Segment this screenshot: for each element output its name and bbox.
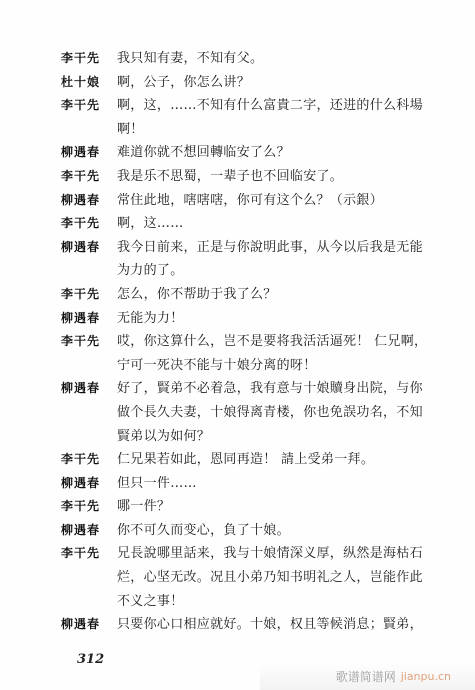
dialogue-entry: 李干先仁兄果若如此，恩同再造！ 請上受弟一拜。 [0, 448, 475, 472]
speaker-name: 杜十娘 [61, 71, 117, 95]
dialogue-text: 但只一件…… [117, 472, 475, 496]
dialogue-line: 好了，賢弟不必着急，我有意与十娘贖身出院，与你 [117, 377, 445, 401]
dialogue-line: 常住此地，嗐嗐嗐，你可有这个么？（示銀） [117, 189, 445, 213]
dialogue-text: 你不可久而变心，負了十娘。 [117, 519, 475, 543]
dialogue-line: 哎，你这算什么，岂不是要将我活活逼死！ 仁兄啊， [117, 330, 445, 354]
dialogue-text: 无能为力！ [117, 307, 475, 331]
dialogue-text: 兄長說哪里話来，我与十娘情深义厚，纵然是海枯石烂，心坚无改。况且小弟乃知书明礼之… [117, 542, 475, 613]
page-number: 312 [77, 652, 104, 667]
dialogue-entry: 柳遇春只要你心口相应就好。十娘，权且等候消息；賢弟， [0, 613, 475, 637]
dialogue-entry: 李干先怎么，你不帮助于我了么？ [0, 283, 475, 307]
speaker-name: 李干先 [61, 47, 117, 71]
dialogue-line: 为力的了。 [117, 259, 445, 283]
dialogue-text: 难道你就不想回轉临安了么？ [117, 141, 475, 165]
dialogue-entry: 李干先我只知有妻，不知有父。 [0, 47, 475, 71]
dialogue-line: 兄長說哪里話来，我与十娘情深义厚，纵然是海枯石 [117, 542, 445, 566]
dialogue-line: 啊！ [117, 118, 445, 142]
dialogue-entry: 李干先啊，这…… [0, 212, 475, 236]
dialogue-line: 难道你就不想回轉临安了么？ [117, 141, 445, 165]
dialogue-entry: 李干先兄長說哪里話来，我与十娘情深义厚，纵然是海枯石烂，心坚无改。况且小弟乃知书… [0, 542, 475, 613]
speaker-name: 柳遇春 [61, 141, 117, 165]
dialogue-line: 啊，公子，你怎么讲？ [117, 71, 445, 95]
dialogue-text: 好了，賢弟不必着急，我有意与十娘贖身出院，与你做个長久夫妻，十娘得离青楼，你也免… [117, 377, 475, 448]
speaker-name: 李干先 [61, 448, 117, 472]
dialogue-line: 怎么，你不帮助于我了么？ [117, 283, 445, 307]
dialogue-line: 只要你心口相应就好。十娘，权且等候消息；賢弟， [117, 613, 445, 637]
watermark-site-name: 歌谱简谱网 [336, 668, 396, 685]
speaker-name: 李干先 [61, 495, 117, 519]
dialogue-text: 啊，这…… [117, 212, 475, 236]
dialogue-entry: 李干先哎，你这算什么，岂不是要将我活活逼死！ 仁兄啊，宁可一死决不能与十娘分离的… [0, 330, 475, 377]
dialogue-line: 我今日前来，正是与你說明此事，从今以后我是无能 [117, 236, 445, 260]
dialogue-text: 怎么，你不帮助于我了么？ [117, 283, 475, 307]
book-page: 李干先我只知有妻，不知有父。杜十娘啊，公子，你怎么讲？李干先啊，这，……不知有什… [0, 0, 475, 690]
watermark-domain: jianpu.cn [401, 670, 451, 683]
dialogue-text: 我是乐不思蜀，一辈子也不回临安了。 [117, 165, 475, 189]
speaker-name: 李干先 [61, 330, 117, 354]
dialogue-entry: 柳遇春难道你就不想回轉临安了么？ [0, 141, 475, 165]
dialogue-entry: 柳遇春好了，賢弟不必着急，我有意与十娘贖身出院，与你做个長久夫妻，十娘得离青楼，… [0, 377, 475, 448]
speaker-name: 李干先 [61, 165, 117, 189]
dialogue-line: 仁兄果若如此，恩同再造！ 請上受弟一拜。 [117, 448, 445, 472]
dialogue-line: 不义之事！ [117, 590, 445, 614]
speaker-name: 柳遇春 [61, 519, 117, 543]
dialogue-text: 我今日前来，正是与你說明此事，从今以后我是无能为力的了。 [117, 236, 475, 283]
dialogue-text: 哪一件？ [117, 495, 475, 519]
dialogue-line: 烂，心坚无改。况且小弟乃知书明礼之人，岂能作此 [117, 566, 445, 590]
dialogue-line: 但只一件…… [117, 472, 445, 496]
speaker-name: 李干先 [61, 212, 117, 236]
dialogue-entry: 柳遇春无能为力！ [0, 307, 475, 331]
dialogue-entry: 杜十娘啊，公子，你怎么讲？ [0, 71, 475, 95]
dialogue-entry: 柳遇春我今日前来，正是与你說明此事，从今以后我是无能为力的了。 [0, 236, 475, 283]
dialogue-entry: 李干先啊，这，……不知有什么富貴二字，还进的什么科場啊！ [0, 94, 475, 141]
speaker-name: 柳遇春 [61, 472, 117, 496]
speaker-name: 李干先 [61, 283, 117, 307]
speaker-name: 柳遇春 [61, 613, 117, 637]
speaker-name: 柳遇春 [61, 307, 117, 331]
dialogue-text: 仁兄果若如此，恩同再造！ 請上受弟一拜。 [117, 448, 475, 472]
dialogue-entry: 柳遇春你不可久而变心，負了十娘。 [0, 519, 475, 543]
dialogue-line: 宁可一死决不能与十娘分离的呀！ [117, 354, 445, 378]
dialogue-text: 我只知有妻，不知有父。 [117, 47, 475, 71]
speaker-name: 柳遇春 [61, 236, 117, 260]
dialogue-entry: 柳遇春但只一件…… [0, 472, 475, 496]
dialogue-entry: 李干先哪一件？ [0, 495, 475, 519]
dialogue-line: 賢弟以为如何？ [117, 425, 445, 449]
dialogue-text: 常住此地，嗐嗐嗐，你可有这个么？（示銀） [117, 189, 475, 213]
speaker-name: 柳遇春 [61, 377, 117, 401]
dialogue-line: 哪一件？ [117, 495, 445, 519]
speaker-name: 柳遇春 [61, 189, 117, 213]
dialogue-entry: 柳遇春常住此地，嗐嗐嗐，你可有这个么？（示銀） [0, 189, 475, 213]
speaker-name: 李干先 [61, 542, 117, 566]
dialogue-line: 你不可久而变心，負了十娘。 [117, 519, 445, 543]
watermark: 歌谱简谱网 jianpu.cn [260, 663, 475, 690]
dialogue-line: 我是乐不思蜀，一辈子也不回临安了。 [117, 165, 445, 189]
dialogue-line: 啊，这，……不知有什么富貴二字，还进的什么科場 [117, 94, 445, 118]
dialogue-text: 哎，你这算什么，岂不是要将我活活逼死！ 仁兄啊，宁可一死决不能与十娘分离的呀！ [117, 330, 475, 377]
dialogue-text: 啊，公子，你怎么讲？ [117, 71, 475, 95]
dialogue-script: 李干先我只知有妻，不知有父。杜十娘啊，公子，你怎么讲？李干先啊，这，……不知有什… [0, 47, 475, 637]
speaker-name: 李干先 [61, 94, 117, 118]
dialogue-line: 啊，这…… [117, 212, 445, 236]
dialogue-line: 我只知有妻，不知有父。 [117, 47, 445, 71]
dialogue-line: 无能为力！ [117, 307, 445, 331]
dialogue-entry: 李干先我是乐不思蜀，一辈子也不回临安了。 [0, 165, 475, 189]
dialogue-line: 做个長久夫妻，十娘得离青楼，你也免誤功名，不知 [117, 401, 445, 425]
dialogue-text: 只要你心口相应就好。十娘，权且等候消息；賢弟， [117, 613, 475, 637]
dialogue-text: 啊，这，……不知有什么富貴二字，还进的什么科場啊！ [117, 94, 475, 141]
